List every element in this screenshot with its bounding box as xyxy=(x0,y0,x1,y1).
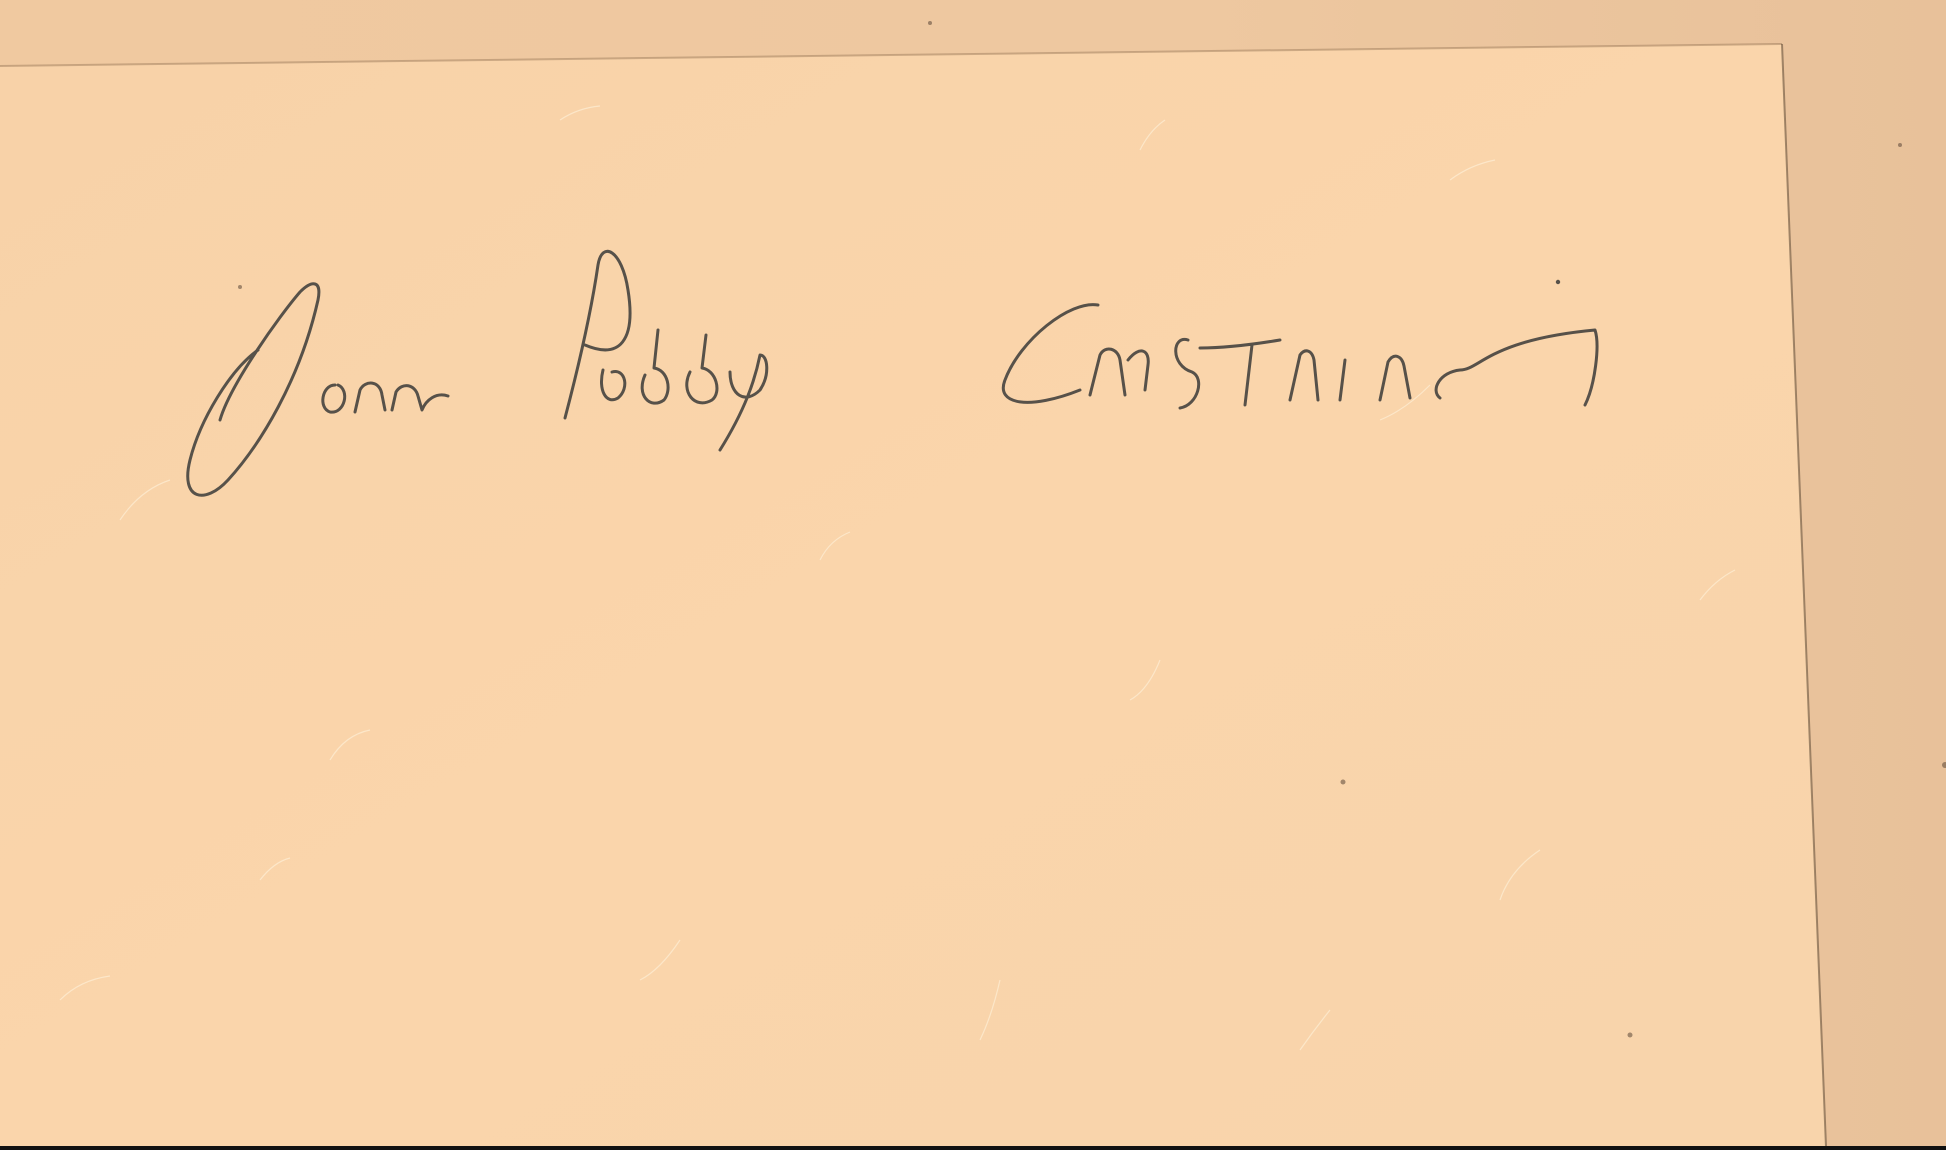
signature-transcription: John Paddy Carstairs xyxy=(190,260,1590,387)
paper-sheet-shape xyxy=(0,0,1946,1147)
photo-scene: John Paddy Carstairs xyxy=(0,0,1946,1150)
paper-sheet xyxy=(0,0,1946,1147)
bottom-border xyxy=(0,1146,1946,1150)
